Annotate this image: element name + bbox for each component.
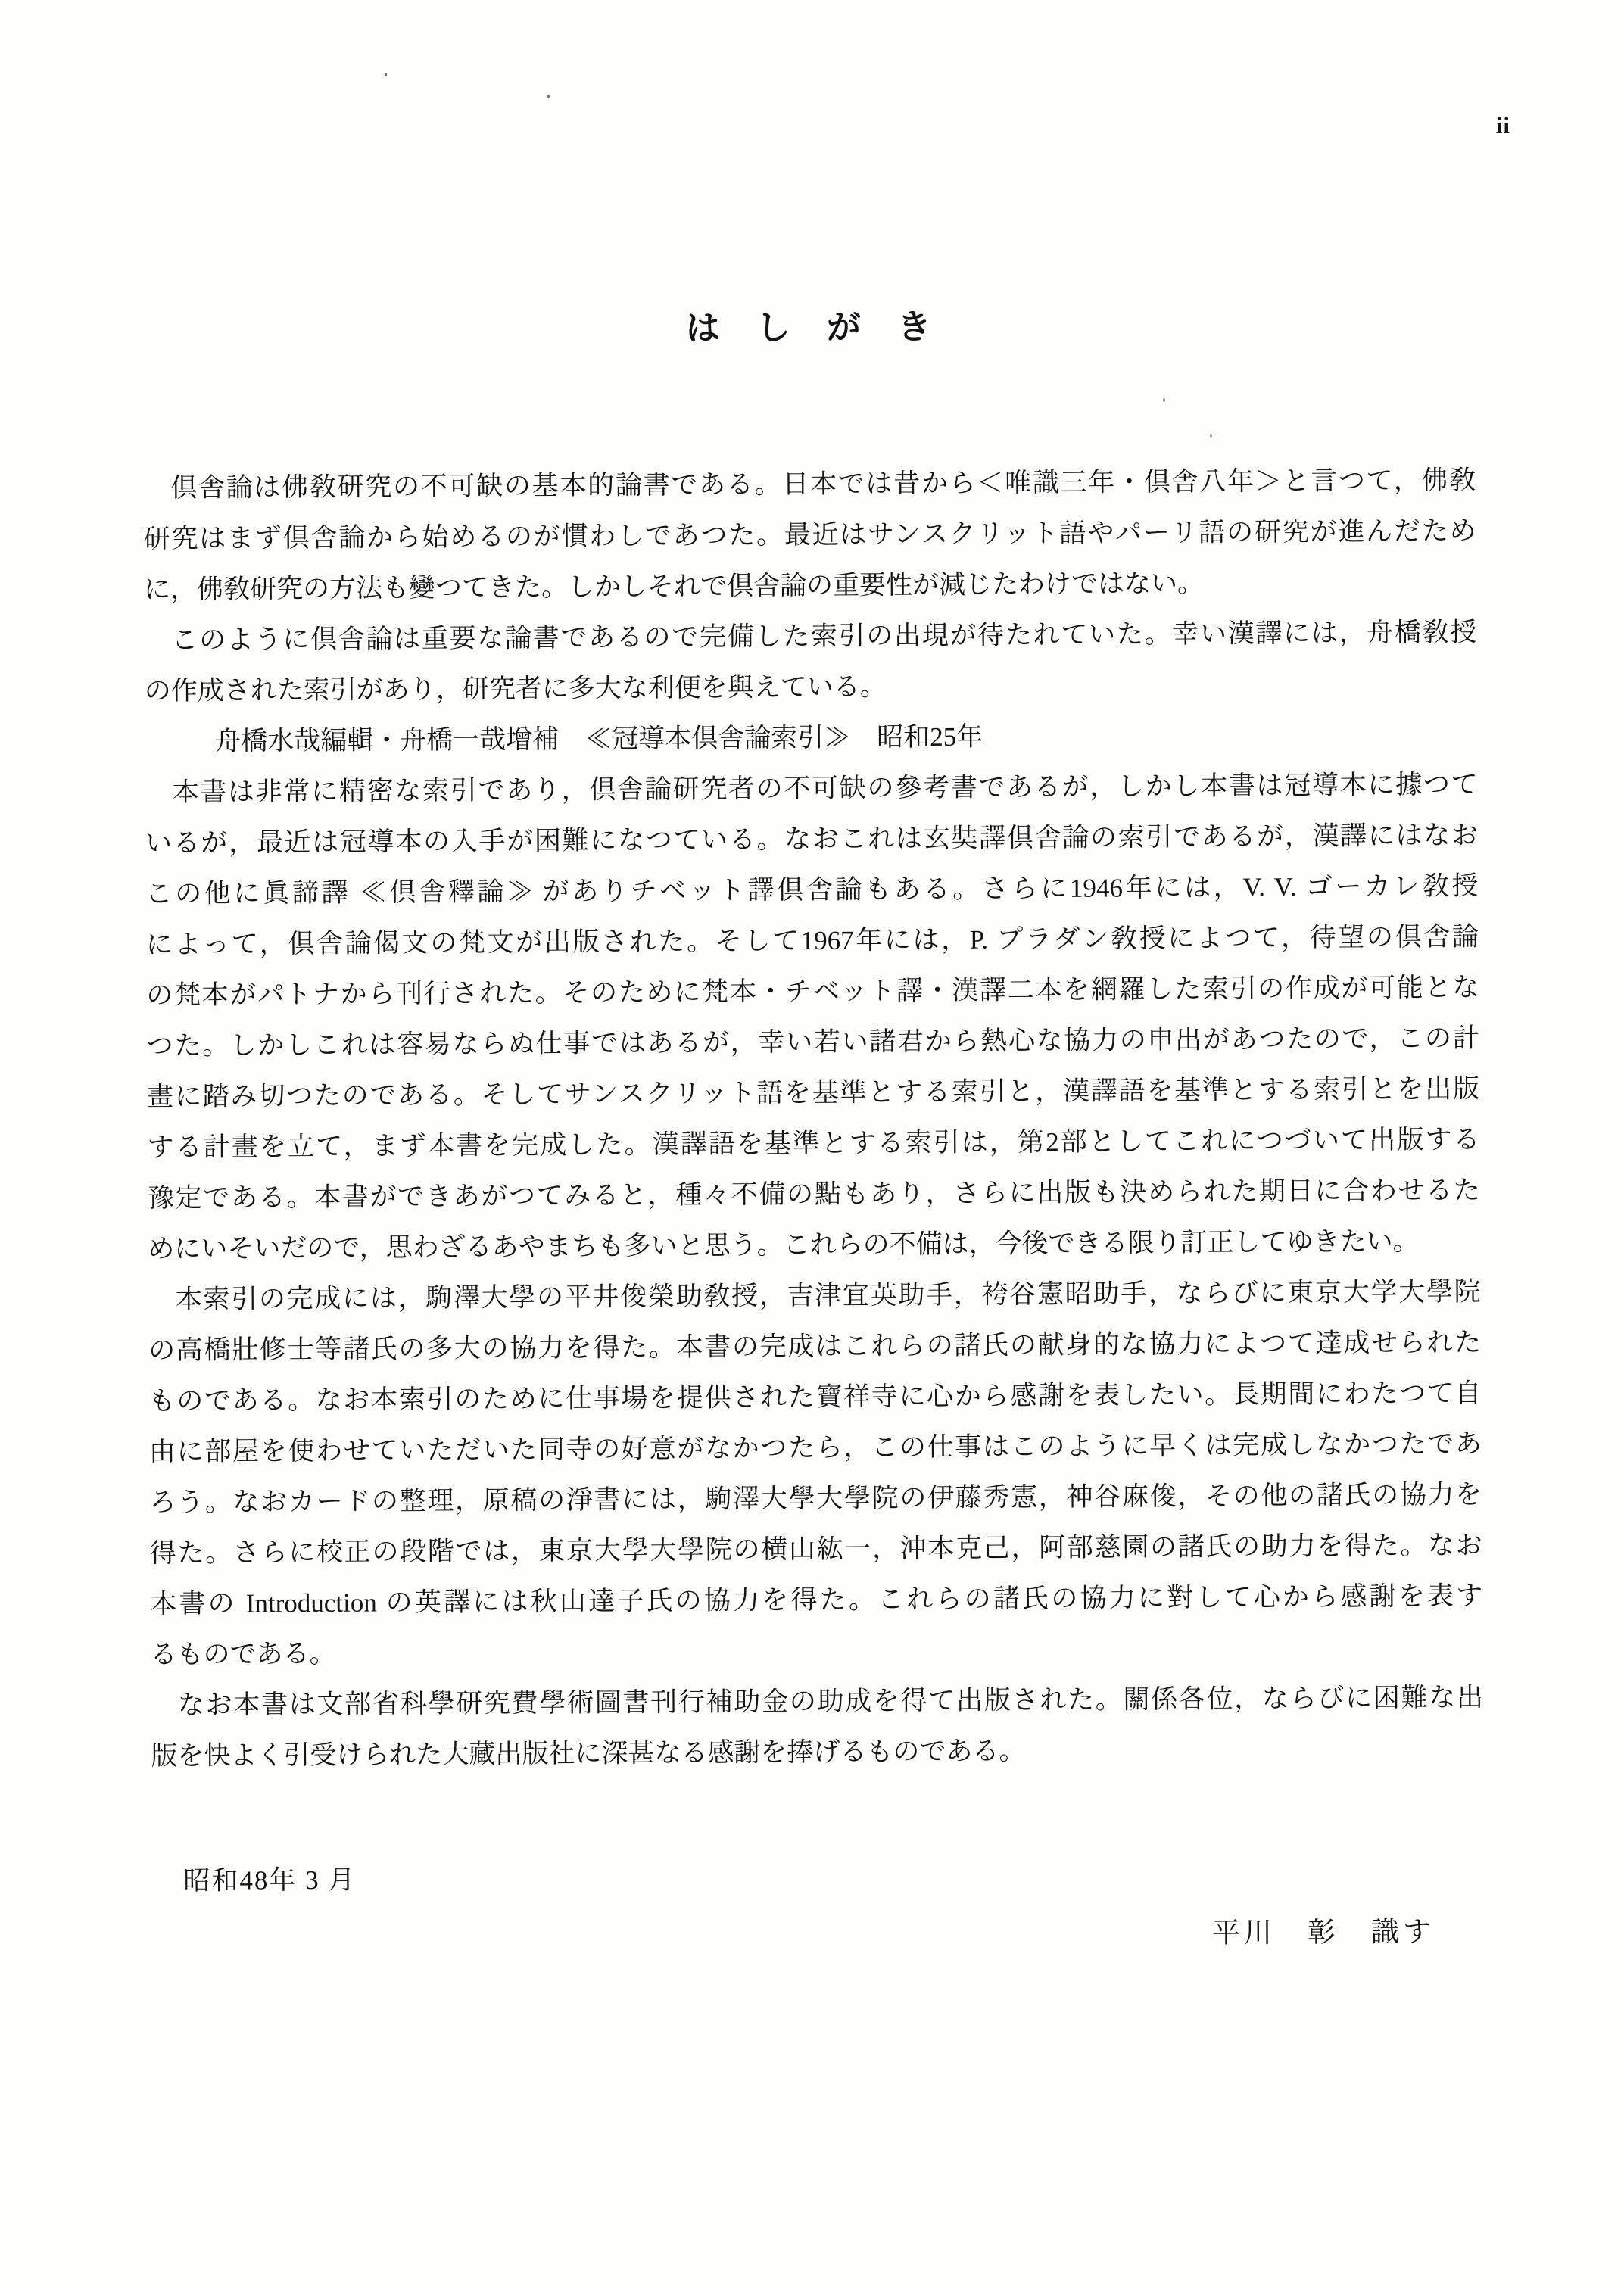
text-line: 豫定である。本書ができあがつてみると，種々不備の點もあり，さらに出版も決められた… [148,1165,1480,1224]
text-line: 得た。さらに校正の段階では，東京大學大學院の横山紘一，沖本克己，阿部慈園の諸氏の… [150,1520,1482,1579]
date-line: 昭和48年 3 月 [151,1852,1484,1899]
text-line: 由に部屋を使わせていただいた同寺の好意がなかつたら，この仕事はこのように早くは完… [149,1419,1482,1478]
text-line: 本索引の完成には，駒澤大學の平井俊榮助敎授，吉津宜英助手，袴谷憲昭助手，ならびに… [148,1266,1481,1326]
text-line: の梵本がパトナから刊行された。そのために梵本・チベット譯・漢譯二本を網羅した索引… [146,962,1479,1021]
text-line: るものである。 [150,1622,1482,1681]
text-line: このように倶舎論は重要な論書であるので完備した索引の出現が待たれていた。幸い漢譯… [144,607,1476,666]
page-title: はしがき [142,304,1475,353]
text-line: 研究はまず倶舎論から始めるのが慣わしであつた。最近はサンスクリット語やパーリ語の… [143,506,1476,565]
text-line: いるが，最近は冠導本の入手が困難になつている。なおこれは玄奘譯倶舎論の索引である… [145,810,1478,869]
text-line: 畫に踏み切つたのである。そしてサンスクリット語を基準とする索引と，漢譯語を基準と… [147,1064,1479,1123]
paragraph: 本索引の完成には，駒澤大學の平井俊榮助敎授，吉津宜英助手，袴谷憲昭助手，ならびに… [148,1266,1483,1681]
text-line: 舟橋水哉編輯・舟橋一哉增補 ≪冠導本倶舎論索引≫ 昭和25年 [145,709,1477,768]
text-line: この他に眞諦譯 ≪倶舎釋論≫ がありチベット譯倶舎論もある。さらに1946年には… [145,861,1478,920]
page-content: はしがき 倶舎論は佛敎研究の不可缺の基本的論書である。日本では昔から＜唯識三年・… [140,0,1485,1957]
paragraph: このように倶舎論は重要な論書であるので完備した索引の出現が待たれていた。幸い漢譯… [144,607,1477,717]
text-line: の作成された索引があり，研究者に多大な利便を與えている。 [145,658,1477,717]
text-line: の高橋壯修士等諸氏の多大の協力を得た。本書の完成はこれらの諸氏の献身的な協力によ… [148,1317,1481,1376]
text-line: ろう。なおカードの整理，原稿の淨書には，駒澤大學大學院の伊藤秀憲，神谷麻俊，その… [149,1469,1482,1528]
text-line: 本書は非常に精密な索引であり，倶舎論研究者の不可缺の參考書であるが，しかし本書は… [145,759,1477,818]
text-line: つた。しかしこれは容易ならぬ仕事ではあるが，幸い若い諸君から熱心な協力の申出があ… [146,1013,1479,1072]
reference-citation: 舟橋水哉編輯・舟橋一哉增補 ≪冠導本倶舎論索引≫ 昭和25年 [145,709,1477,768]
text-line: に，佛敎研究の方法も變つてきた。しかしそれで倶舎論の重要性が減じたわけではない。 [144,556,1476,615]
author-signature: 平川 彰 識す [152,1908,1485,1958]
paragraph: 倶舎論は佛敎研究の不可缺の基本的論書である。日本では昔から＜唯識三年・倶舎八年＞… [143,455,1476,615]
text-line: めにいそいだので，思わざるあやまちも多いと思う。これらの不備は，今後できる限り訂… [148,1216,1480,1275]
text-line: 版を快よく引受けられた大藏出版社に深甚なる感謝を捧げるものである。 [151,1723,1483,1782]
text-line: によって，倶舎論偈文の梵文が出版された。そして1967年には，P. プラダン敎授… [146,911,1479,970]
text-line: 倶舎論は佛敎研究の不可缺の基本的論書である。日本では昔から＜唯識三年・倶舎八年＞… [143,455,1476,514]
paragraph: 本書は非常に精密な索引であり，倶舎論研究者の不可缺の參考書であるが，しかし本書は… [145,759,1480,1275]
preface-body: 倶舎論は佛敎研究の不可缺の基本的論書である。日本では昔から＜唯識三年・倶舎八年＞… [143,455,1484,1782]
text-line: ものである。なお本索引のために仕事場を提供された寶祥寺に心から感謝を表したい。長… [148,1368,1481,1427]
text-line: 本書の Introduction の英譯には秋山達子氏の協力を得た。これらの諸氏… [150,1571,1482,1630]
text-line: なお本書は文部省科學研究費學術圖書刊行補助金の助成を得て出版された。關係各位，な… [151,1672,1483,1731]
text-line: する計畫を立て，まず本書を完成した。漢譯語を基準とする索引は，第2部としてこれに… [147,1114,1479,1173]
paragraph: なお本書は文部省科學研究費學術圖書刊行補助金の助成を得て出版された。關係各位，な… [151,1672,1484,1782]
page-number: ii [1496,112,1510,139]
scanned-book-page: ii はしがき 倶舎論は佛敎研究の不可缺の基本的論書である。日本では昔から＜唯識… [0,0,1624,2293]
